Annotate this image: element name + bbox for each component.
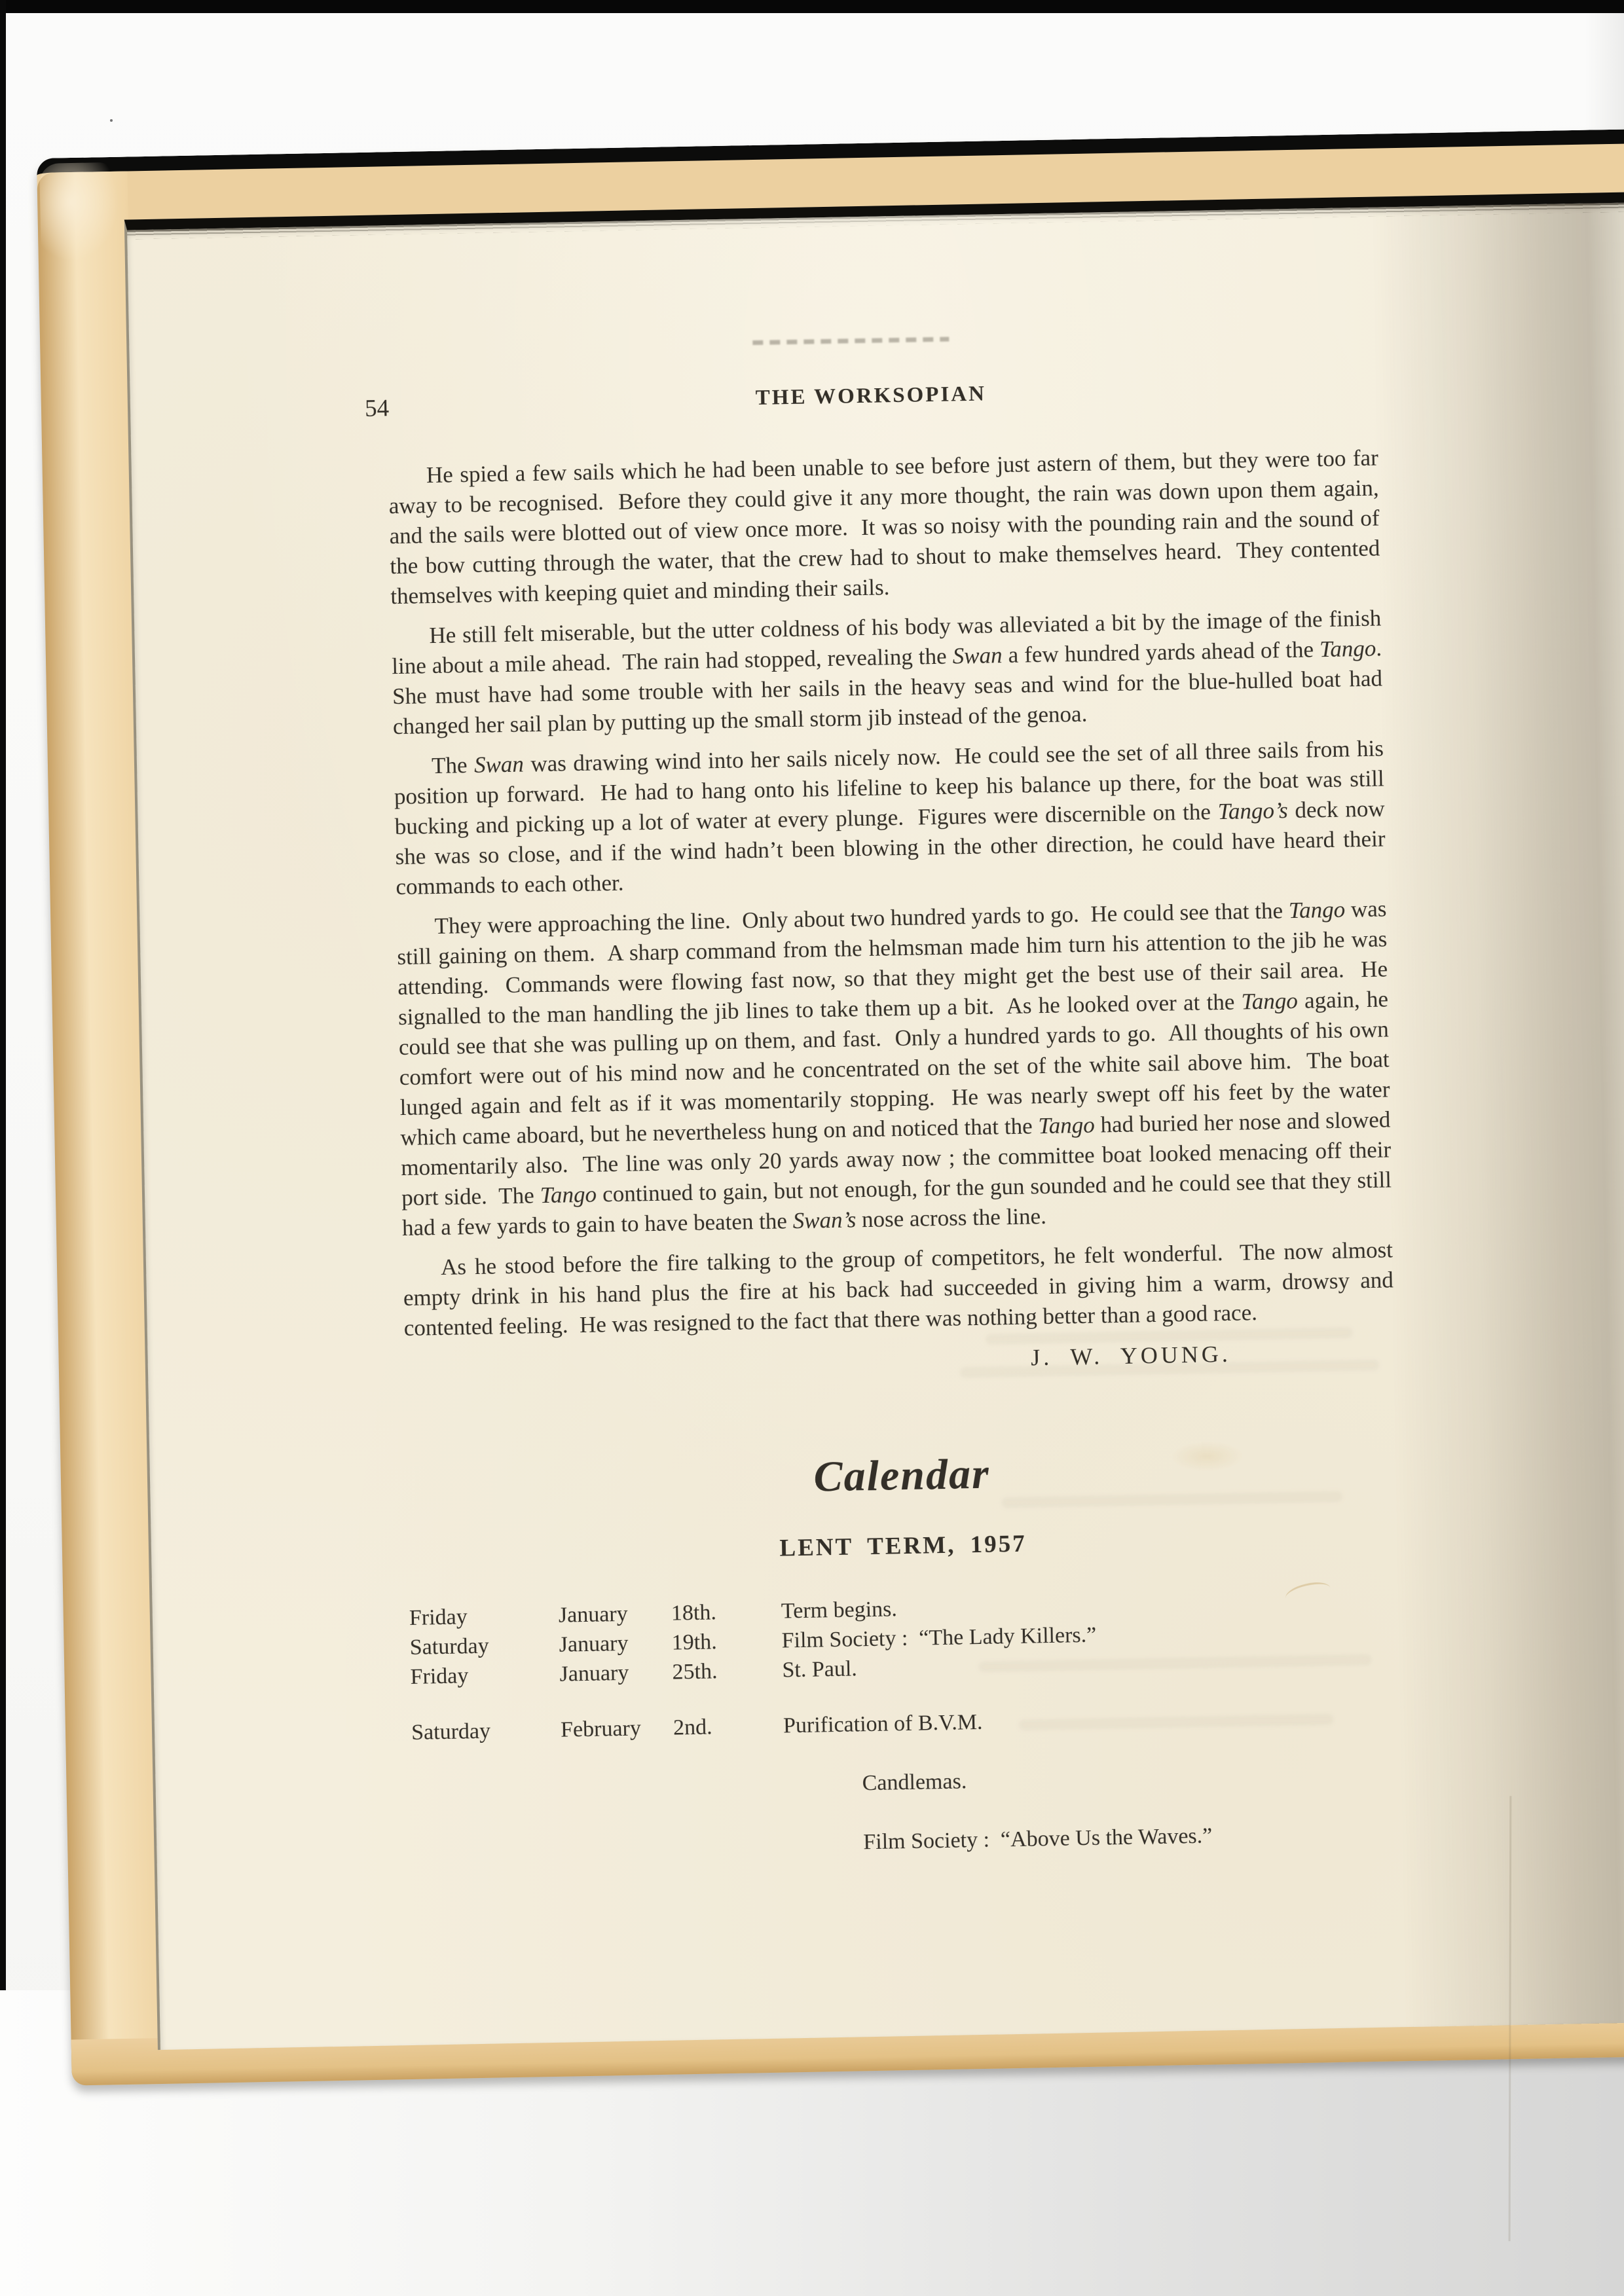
calendar-heading: Calendar <box>407 1442 1397 1510</box>
story-paragraph: They were approaching the line. Only abo… <box>396 894 1392 1243</box>
calendar-month: January <box>558 1599 671 1630</box>
scanner-left-edge <box>0 0 6 2013</box>
calendar-event: Candlemas. <box>862 1769 967 1795</box>
calendar-day: Friday <box>410 1660 560 1692</box>
term-heading: LENT TERM, 1957 <box>408 1523 1399 1569</box>
story-paragraph: He still felt miserable, but the utter c… <box>391 603 1383 742</box>
calendar-day: Friday <box>409 1601 559 1633</box>
calendar-date: 25th. <box>672 1656 783 1687</box>
page-edge-lines <box>127 200 1624 239</box>
calendar-month: February <box>561 1713 674 1745</box>
printed-content: 54 THE WORKSOPIAN He spied a few sails w… <box>387 370 1404 1865</box>
calendar-day: Saturday <box>409 1630 559 1662</box>
calendar-event-list: Purification of B.V.M. Candlemas. Film S… <box>783 1700 1404 1858</box>
story-paragraph: The Swan was drawing wind into her sails… <box>394 733 1386 902</box>
bleedthrough-rule <box>752 337 949 345</box>
calendar-row: Saturday February 2nd. Purification of B… <box>411 1700 1404 1865</box>
calendar-event: Film Society : “Above Us the Waves.” <box>863 1824 1213 1855</box>
story-body: He spied a few sails which he had been u… <box>388 443 1395 1383</box>
calendar-date: 2nd. <box>673 1711 784 1743</box>
calendar-date: 19th. <box>671 1626 782 1658</box>
running-title: THE WORKSOPIAN <box>365 375 1377 418</box>
calendar-day: Saturday <box>411 1715 561 1747</box>
calendar-month: January <box>559 1658 673 1689</box>
story-paragraph: He spied a few sails which he had been u… <box>388 443 1381 612</box>
calendar-table: Friday January 18th. Term begins. Saturd… <box>409 1585 1404 1865</box>
dust-speck <box>110 119 113 122</box>
page: 54 THE WORKSOPIAN He spied a few sails w… <box>124 190 1624 2050</box>
cover-corner-wear <box>39 162 120 262</box>
scanner-lid-band <box>0 0 1624 13</box>
author-byline: J. W. YOUNG. <box>405 1340 1232 1383</box>
calendar-month: January <box>559 1628 672 1660</box>
calendar-event: Purification of B.V.M. <box>783 1710 983 1738</box>
calendar-date: 18th. <box>671 1597 781 1628</box>
book-scan: 54 THE WORKSOPIAN He spied a few sails w… <box>0 0 1624 2296</box>
story-paragraph: As he stood before the fire talking to t… <box>403 1235 1394 1343</box>
page-header: 54 THE WORKSOPIAN <box>365 370 1378 428</box>
book-cover: 54 THE WORKSOPIAN He spied a few sails w… <box>37 127 1624 2085</box>
